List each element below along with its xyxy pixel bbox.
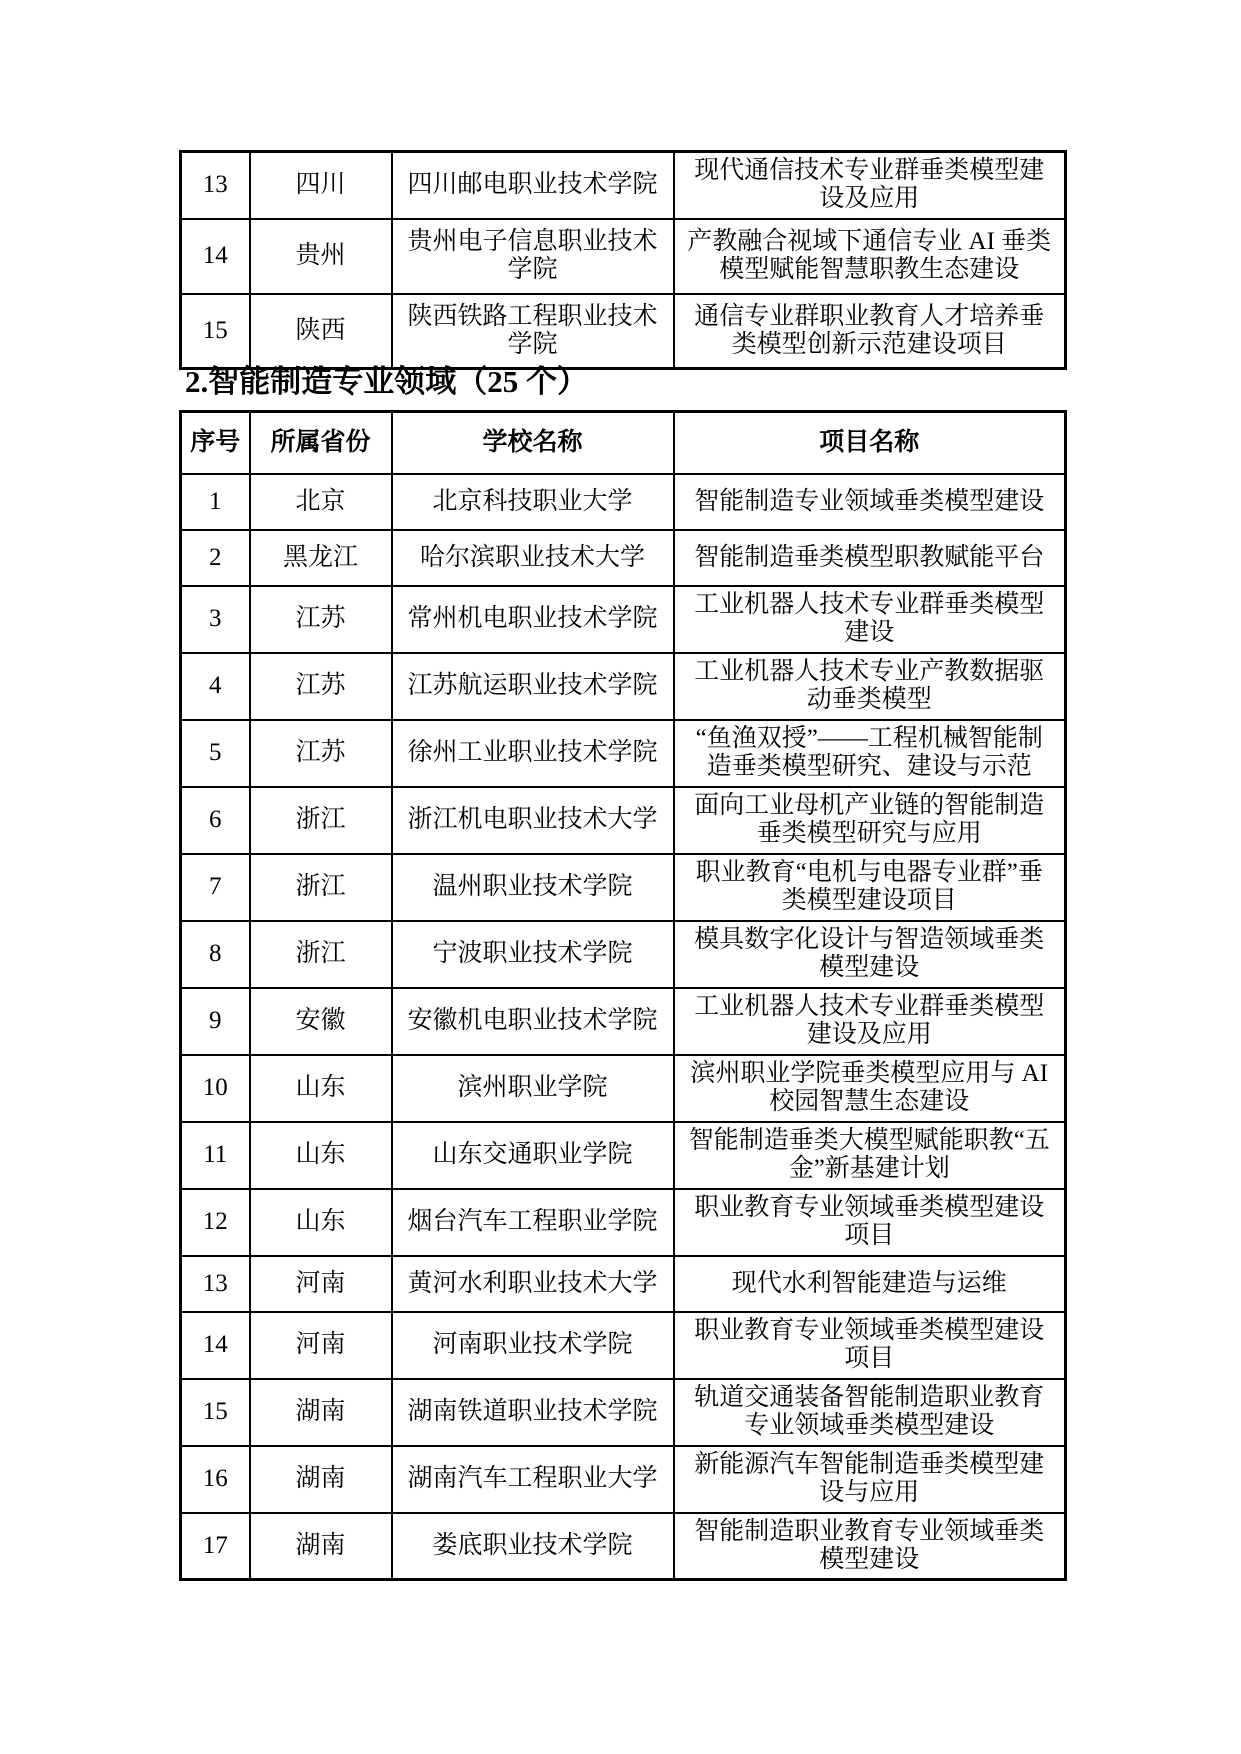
cell-province: 浙江 [250,921,392,988]
cell-project-name: 智能制造职业教育专业领域垂类 模型建设 [674,1513,1066,1580]
table-row: 3 江苏 常州机电职业技术学院 工业机器人技术专业群垂类模型 建设 [181,586,1066,653]
cell-serial-number: 14 [181,1312,250,1379]
cell-serial-number: 12 [181,1189,250,1256]
cell-project-name: 职业教育专业领域垂类模型建设 项目 [674,1189,1066,1256]
cell-province: 湖南 [250,1446,392,1513]
cell-project-name: 职业教育专业领域垂类模型建设 项目 [674,1312,1066,1379]
cell-serial-number: 15 [181,294,250,369]
cell-serial-number: 9 [181,988,250,1055]
table-row: 1 北京 北京科技职业大学 智能制造专业领域垂类模型建设 [181,474,1066,530]
cell-province: 河南 [250,1256,392,1312]
cell-province: 湖南 [250,1513,392,1580]
table-row: 10 山东 滨州职业学院 滨州职业学院垂类模型应用与 AI 校园智慧生态建设 [181,1055,1066,1122]
document-page: 13 四川 四川邮电职业技术学院 现代通信技术专业群垂类模型建 设及应用 14 … [0,0,1241,1754]
section-heading-smart-manufacturing: 2.智能制造专业领域（25 个） [185,363,588,401]
cell-school-name: 娄底职业技术学院 [392,1513,674,1580]
cell-serial-number: 5 [181,720,250,787]
cell-serial-number: 16 [181,1446,250,1513]
table-row: 2 黑龙江 哈尔滨职业技术大学 智能制造垂类模型职教赋能平台 [181,530,1066,586]
cell-school-name: 烟台汽车工程职业学院 [392,1189,674,1256]
cell-province: 浙江 [250,787,392,854]
cell-school-name: 徐州工业职业技术学院 [392,720,674,787]
cell-serial-number: 13 [181,1256,250,1312]
cell-school-name: 宁波职业技术学院 [392,921,674,988]
table-row: 15 陕西 陕西铁路工程职业技术 学院 通信专业群职业教育人才培养垂 类模型创新… [181,294,1066,369]
cell-province: 江苏 [250,720,392,787]
communication-domain-table-continuation: 13 四川 四川邮电职业技术学院 现代通信技术专业群垂类模型建 设及应用 14 … [179,150,1067,370]
table-row: 12 山东 烟台汽车工程职业学院 职业教育专业领域垂类模型建设 项目 [181,1189,1066,1256]
table-row: 5 江苏 徐州工业职业技术学院 “鱼渔双授”——工程机械智能制 造垂类模型研究、… [181,720,1066,787]
cell-serial-number: 15 [181,1379,250,1446]
cell-project-name: 滨州职业学院垂类模型应用与 AI 校园智慧生态建设 [674,1055,1066,1122]
cell-school-name: 滨州职业学院 [392,1055,674,1122]
table-row: 9 安徽 安徽机电职业技术学院 工业机器人技术专业群垂类模型 建设及应用 [181,988,1066,1055]
cell-serial-number: 8 [181,921,250,988]
cell-serial-number: 17 [181,1513,250,1580]
table-row: 14 贵州 贵州电子信息职业技术 学院 产教融合视域下通信专业 AI 垂类 模型… [181,219,1066,294]
cell-province: 山东 [250,1055,392,1122]
cell-school-name: 河南职业技术学院 [392,1312,674,1379]
smart-manufacturing-table-header: 序号 所属省份 学校名称 项目名称 [181,412,1066,474]
table-row: 16 湖南 湖南汽车工程职业大学 新能源汽车智能制造垂类模型建 设与应用 [181,1446,1066,1513]
cell-province: 黑龙江 [250,530,392,586]
cell-serial-number: 4 [181,653,250,720]
cell-province: 河南 [250,1312,392,1379]
cell-project-name: 工业机器人技术专业群垂类模型 建设及应用 [674,988,1066,1055]
cell-serial-number: 11 [181,1122,250,1189]
cell-project-name: 产教融合视域下通信专业 AI 垂类 模型赋能智慧职教生态建设 [674,219,1066,294]
table-row: 13 四川 四川邮电职业技术学院 现代通信技术专业群垂类模型建 设及应用 [181,152,1066,219]
cell-project-name: 新能源汽车智能制造垂类模型建 设与应用 [674,1446,1066,1513]
cell-project-name: 智能制造垂类大模型赋能职教“五 金”新基建计划 [674,1122,1066,1189]
header-row: 序号 所属省份 学校名称 项目名称 [181,412,1066,474]
cell-province: 山东 [250,1122,392,1189]
cell-project-name: 面向工业母机产业链的智能制造 垂类模型研究与应用 [674,787,1066,854]
cell-project-name: 智能制造垂类模型职教赋能平台 [674,530,1066,586]
cell-serial-number: 2 [181,530,250,586]
cell-school-name: 湖南铁道职业技术学院 [392,1379,674,1446]
cell-province: 湖南 [250,1379,392,1446]
cell-project-name: 现代水利智能建造与运维 [674,1256,1066,1312]
cell-province: 山东 [250,1189,392,1256]
table-row: 14 河南 河南职业技术学院 职业教育专业领域垂类模型建设 项目 [181,1312,1066,1379]
table-row: 4 江苏 江苏航运职业技术学院 工业机器人技术专业产教数据驱 动垂类模型 [181,653,1066,720]
table-row: 11 山东 山东交通职业学院 智能制造垂类大模型赋能职教“五 金”新基建计划 [181,1122,1066,1189]
cell-province: 陕西 [250,294,392,369]
cell-serial-number: 13 [181,152,250,219]
header-province: 所属省份 [250,412,392,474]
table-row: 8 浙江 宁波职业技术学院 模具数字化设计与智造领域垂类 模型建设 [181,921,1066,988]
cell-project-name: 现代通信技术专业群垂类模型建 设及应用 [674,152,1066,219]
cell-school-name: 浙江机电职业技术大学 [392,787,674,854]
cell-province: 江苏 [250,586,392,653]
cell-project-name: 工业机器人技术专业群垂类模型 建设 [674,586,1066,653]
cell-project-name: “鱼渔双授”——工程机械智能制 造垂类模型研究、建设与示范 [674,720,1066,787]
cell-school-name: 四川邮电职业技术学院 [392,152,674,219]
table-row: 6 浙江 浙江机电职业技术大学 面向工业母机产业链的智能制造 垂类模型研究与应用 [181,787,1066,854]
cell-school-name: 哈尔滨职业技术大学 [392,530,674,586]
cell-school-name: 山东交通职业学院 [392,1122,674,1189]
cell-project-name: 轨道交通装备智能制造职业教育 专业领域垂类模型建设 [674,1379,1066,1446]
cell-province: 贵州 [250,219,392,294]
cell-project-name: 智能制造专业领域垂类模型建设 [674,474,1066,530]
cell-province: 江苏 [250,653,392,720]
cell-serial-number: 7 [181,854,250,921]
cell-province: 四川 [250,152,392,219]
smart-manufacturing-table-body: 1 北京 北京科技职业大学 智能制造专业领域垂类模型建设 2 黑龙江 哈尔滨职业… [181,474,1066,1580]
cell-school-name: 常州机电职业技术学院 [392,586,674,653]
cell-school-name: 贵州电子信息职业技术 学院 [392,219,674,294]
header-serial-number: 序号 [181,412,250,474]
table-row: 13 河南 黄河水利职业技术大学 现代水利智能建造与运维 [181,1256,1066,1312]
cell-serial-number: 10 [181,1055,250,1122]
cell-serial-number: 6 [181,787,250,854]
cell-project-name: 职业教育“电机与电器专业群”垂 类模型建设项目 [674,854,1066,921]
cell-school-name: 江苏航运职业技术学院 [392,653,674,720]
cell-school-name: 黄河水利职业技术大学 [392,1256,674,1312]
cell-serial-number: 3 [181,586,250,653]
table-row: 7 浙江 温州职业技术学院 职业教育“电机与电器专业群”垂 类模型建设项目 [181,854,1066,921]
cell-province: 浙江 [250,854,392,921]
header-school-name: 学校名称 [392,412,674,474]
cell-serial-number: 14 [181,219,250,294]
communication-table-body: 13 四川 四川邮电职业技术学院 现代通信技术专业群垂类模型建 设及应用 14 … [181,152,1066,369]
cell-school-name: 安徽机电职业技术学院 [392,988,674,1055]
cell-school-name: 陕西铁路工程职业技术 学院 [392,294,674,369]
cell-serial-number: 1 [181,474,250,530]
table-row: 15 湖南 湖南铁道职业技术学院 轨道交通装备智能制造职业教育 专业领域垂类模型… [181,1379,1066,1446]
cell-project-name: 工业机器人技术专业产教数据驱 动垂类模型 [674,653,1066,720]
cell-school-name: 北京科技职业大学 [392,474,674,530]
cell-school-name: 温州职业技术学院 [392,854,674,921]
header-project-name: 项目名称 [674,412,1066,474]
smart-manufacturing-table: 序号 所属省份 学校名称 项目名称 1 北京 北京科技职业大学 智能制造专业领域… [179,410,1067,1581]
cell-project-name: 模具数字化设计与智造领域垂类 模型建设 [674,921,1066,988]
cell-province: 安徽 [250,988,392,1055]
cell-province: 北京 [250,474,392,530]
table-row: 17 湖南 娄底职业技术学院 智能制造职业教育专业领域垂类 模型建设 [181,1513,1066,1580]
cell-school-name: 湖南汽车工程职业大学 [392,1446,674,1513]
cell-project-name: 通信专业群职业教育人才培养垂 类模型创新示范建设项目 [674,294,1066,369]
